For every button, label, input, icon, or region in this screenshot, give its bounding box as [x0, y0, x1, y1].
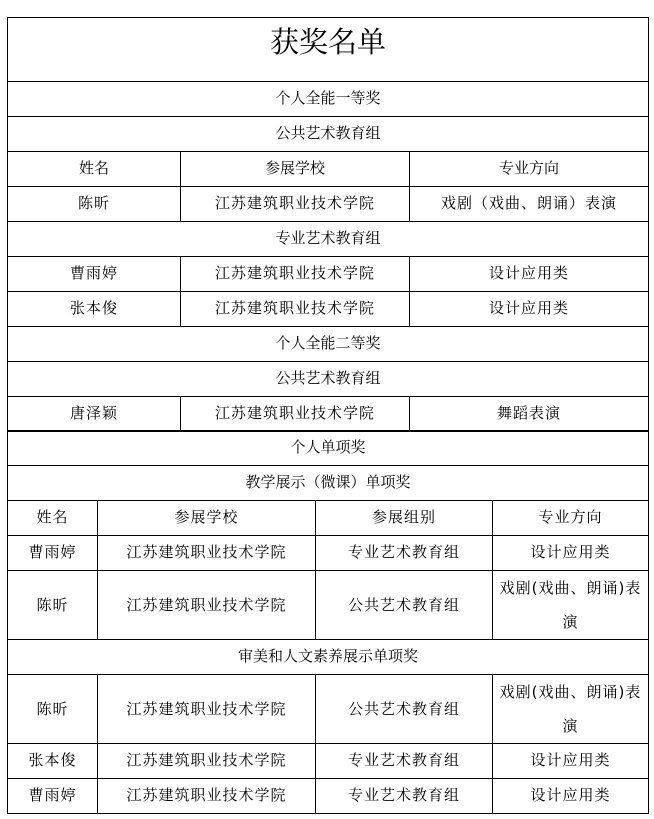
- column-header-group: 参展组别: [316, 501, 493, 536]
- group-heading-aesthetic: 审美和人文素养展示单项奖: [8, 640, 649, 675]
- table-row: 陈昕 江苏建筑职业技术学院 戏剧（戏曲、朗诵）表演: [8, 187, 649, 222]
- cell-school: 江苏建筑职业技术学院: [181, 257, 410, 292]
- section-heading-first-prize: 个人全能一等奖: [8, 82, 649, 117]
- group-row: 公共艺术教育组: [8, 117, 649, 152]
- group-row: 专业艺术教育组: [8, 222, 649, 257]
- table-header-row: 姓名 参展学校 专业方向: [8, 152, 649, 187]
- award-table-individual: 个人单项奖 教学展示（微课）单项奖 姓名 参展学校 参展组别 专业方向 曹雨婷 …: [7, 430, 649, 814]
- cell-name: 张本俊: [8, 292, 181, 327]
- cell-group: 专业艺术教育组: [316, 744, 493, 779]
- cell-major: 戏剧（戏曲、朗诵）表演: [410, 187, 649, 222]
- column-header-name: 姓名: [8, 152, 181, 187]
- section-heading-second-prize: 个人全能二等奖: [8, 327, 649, 362]
- section-row: 个人全能二等奖: [8, 327, 649, 362]
- table-header-row: 姓名 参展学校 参展组别 专业方向: [8, 501, 649, 536]
- table-row: 曹雨婷 江苏建筑职业技术学院 设计应用类: [8, 257, 649, 292]
- table-row: 张本俊 江苏建筑职业技术学院 设计应用类: [8, 292, 649, 327]
- group-heading-professional: 专业艺术教育组: [8, 222, 649, 257]
- cell-major: 舞蹈表演: [410, 397, 649, 432]
- cell-major: 设计应用类: [493, 536, 649, 571]
- cell-name: 陈昕: [8, 187, 181, 222]
- cell-name: 张本俊: [8, 744, 98, 779]
- group-row: 公共艺术教育组: [8, 362, 649, 397]
- table-row: 陈昕 江苏建筑职业技术学院 公共艺术教育组 戏剧(戏曲、朗诵)表演: [8, 675, 649, 744]
- cell-name: 曹雨婷: [8, 536, 98, 571]
- column-header-school: 参展学校: [181, 152, 410, 187]
- cell-school: 江苏建筑职业技术学院: [98, 779, 316, 814]
- cell-major: 设计应用类: [493, 744, 649, 779]
- cell-school: 江苏建筑职业技术学院: [181, 397, 410, 432]
- page-title: 获奖名单: [8, 18, 649, 82]
- column-header-major: 专业方向: [493, 501, 649, 536]
- column-header-major: 专业方向: [410, 152, 649, 187]
- table-row: 曹雨婷 江苏建筑职业技术学院 专业艺术教育组 设计应用类: [8, 779, 649, 814]
- table-row: 曹雨婷 江苏建筑职业技术学院 专业艺术教育组 设计应用类: [8, 536, 649, 571]
- cell-group: 专业艺术教育组: [316, 536, 493, 571]
- group-heading-public: 公共艺术教育组: [8, 117, 649, 152]
- cell-group: 公共艺术教育组: [316, 675, 493, 744]
- group-row: 审美和人文素养展示单项奖: [8, 640, 649, 675]
- cell-school: 江苏建筑职业技术学院: [181, 292, 410, 327]
- cell-school: 江苏建筑职业技术学院: [98, 536, 316, 571]
- cell-major: 戏剧(戏曲、朗诵)表演: [493, 675, 649, 744]
- title-row: 获奖名单: [8, 18, 649, 82]
- cell-major: 设计应用类: [410, 292, 649, 327]
- table-row: 陈昕 江苏建筑职业技术学院 公共艺术教育组 戏剧(戏曲、朗诵)表演: [8, 571, 649, 640]
- cell-name: 曹雨婷: [8, 257, 181, 292]
- cell-major: 设计应用类: [493, 779, 649, 814]
- section-row: 个人全能一等奖: [8, 82, 649, 117]
- group-heading-public: 公共艺术教育组: [8, 362, 649, 397]
- cell-name: 唐泽颖: [8, 397, 181, 432]
- cell-major: 戏剧(戏曲、朗诵)表演: [493, 571, 649, 640]
- cell-name: 陈昕: [8, 571, 98, 640]
- cell-school: 江苏建筑职业技术学院: [181, 187, 410, 222]
- cell-name: 曹雨婷: [8, 779, 98, 814]
- cell-school: 江苏建筑职业技术学院: [98, 744, 316, 779]
- cell-group: 公共艺术教育组: [316, 571, 493, 640]
- cell-name: 陈昕: [8, 675, 98, 744]
- section-heading-individual: 个人单项奖: [8, 431, 649, 466]
- cell-school: 江苏建筑职业技术学院: [98, 571, 316, 640]
- group-heading-teaching-demo: 教学展示（微课）单项奖: [8, 466, 649, 501]
- section-row: 个人单项奖: [8, 431, 649, 466]
- column-header-name: 姓名: [8, 501, 98, 536]
- cell-major: 设计应用类: [410, 257, 649, 292]
- cell-school: 江苏建筑职业技术学院: [98, 675, 316, 744]
- cell-group: 专业艺术教育组: [316, 779, 493, 814]
- award-table-all-round: 获奖名单 个人全能一等奖 公共艺术教育组 姓名 参展学校 专业方向 陈昕 江苏建…: [7, 17, 649, 432]
- table-row: 唐泽颖 江苏建筑职业技术学院 舞蹈表演: [8, 397, 649, 432]
- group-row: 教学展示（微课）单项奖: [8, 466, 649, 501]
- column-header-school: 参展学校: [98, 501, 316, 536]
- table-row: 张本俊 江苏建筑职业技术学院 专业艺术教育组 设计应用类: [8, 744, 649, 779]
